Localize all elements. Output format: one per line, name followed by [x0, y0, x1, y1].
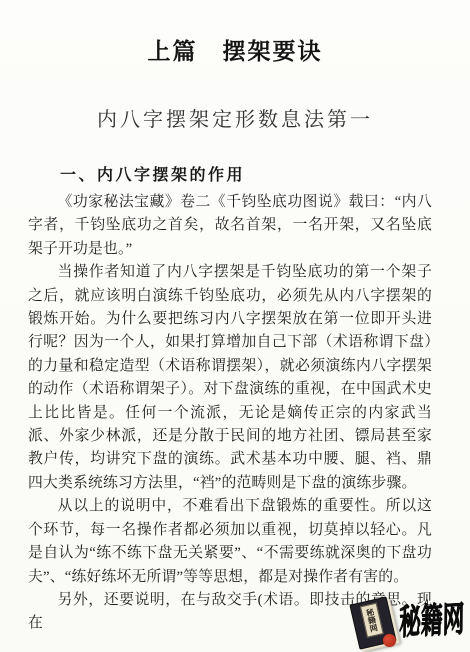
paragraph-quote-source: 《功家秘法宝藏》卷二《千钧坠底功图说》载曰：“内八字者，千钧坠底功之首矣，故名首…: [28, 191, 432, 261]
section-heading: 一、内八字摆架的作用: [28, 162, 432, 185]
body-text: 《功家秘法宝藏》卷二《千钧坠底功图说》载曰：“内八字者，千钧坠底功之首矣，故名首…: [28, 191, 432, 636]
book-label: 秘籍网: [360, 603, 384, 638]
book-page: 上篇 摆架要诀 内八字摆架定形数息法第一 一、内八字摆架的作用 《功家秘法宝藏》…: [0, 0, 470, 652]
part-title: 上篇 摆架要诀: [0, 33, 470, 66]
paragraph-explanation: 当操作者知道了内八字摆架是千钧坠底功的第一个架子之后，就应该明白演练千钧坠底功，…: [28, 261, 432, 495]
chapter-title: 内八字摆架定形数息法第一: [0, 103, 470, 132]
paragraph-importance: 从以上的说明中，不难看出下盘锻炼的重要性。所以这个环节，每一名操作者都必须加以重…: [28, 495, 432, 589]
watermark: 秘籍网 秘籍网: [346, 592, 470, 652]
watermark-site-name: 秘籍网: [399, 600, 464, 642]
seal-icon: [383, 634, 396, 647]
